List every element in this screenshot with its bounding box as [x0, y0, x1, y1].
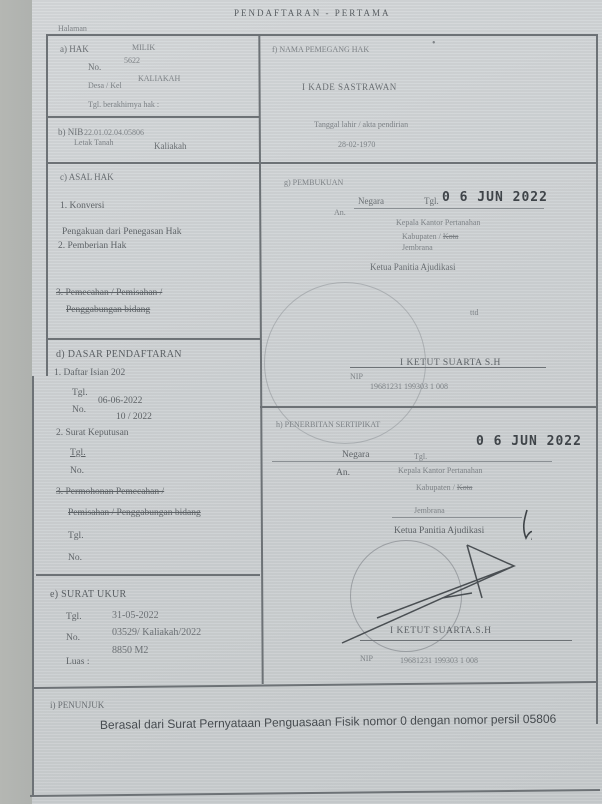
asal-item-konversi: 1. Konversi	[60, 201, 104, 211]
penerbitan-date-underline	[272, 461, 552, 462]
permohonan-no-label: No.	[68, 553, 82, 563]
office2-struck: Kota	[443, 232, 459, 241]
penerbitan-signer-name: I KETUT SUARTA.S.H	[390, 626, 491, 636]
surat-ukur-label: e) SURAT UKUR	[50, 589, 127, 600]
penerbitan-label: h) PENERBITAN SERTIPIKAT	[276, 420, 380, 429]
daftar-tgl-value: 06-06-2022	[98, 396, 142, 406]
frame-center-divider	[258, 34, 263, 684]
date-underline	[354, 208, 544, 209]
pembukuan-place: Negara	[358, 196, 384, 206]
penerbitan-nip-value: 19681231 199303 1 008	[400, 656, 478, 665]
frame-top	[46, 34, 596, 36]
hak-no-value: 5622	[124, 56, 140, 65]
mark: •	[432, 38, 436, 49]
birth-label: Tanggal lahir / akta pendirian	[314, 120, 408, 129]
daftar-isian: 1. Daftar Isian 202	[54, 368, 125, 378]
daftar-tgl-label: Tgl.	[72, 388, 88, 398]
pembukuan-ttd: ttd	[470, 308, 478, 317]
office2-prefix: Kabupaten /	[402, 232, 443, 241]
hak-label: a) HAK	[60, 44, 89, 54]
penerbitan-nip-label: NIP	[360, 654, 373, 663]
penerbitan-an: An.	[336, 468, 350, 478]
page-label: Halaman	[58, 24, 87, 33]
background-surface	[0, 0, 34, 804]
pembukuan-office1: Kepala Kantor Pertanahan	[396, 218, 480, 227]
su-no-value: 03529/ Kaliakah/2022	[112, 627, 201, 638]
pembukuan-role: Ketua Panitia Ajudikasi	[370, 262, 456, 272]
frame-bottom	[30, 789, 600, 796]
daftar-no-label: No.	[72, 405, 86, 415]
asal-item-penggabungan: Penggabungan bidang	[66, 305, 150, 315]
pemisahan-penggabungan: Pemisahan / Penggabungan bidang	[68, 508, 201, 518]
desa-label: Desa / Kel	[88, 81, 122, 90]
su-tgl-value: 31-05-2022	[112, 610, 159, 621]
su-tgl-label: Tgl.	[66, 612, 82, 622]
frame-right	[596, 34, 598, 724]
divider-ab	[46, 116, 260, 118]
asal-hak-label: c) ASAL HAK	[60, 172, 114, 182]
penerbitan-tgl-label: Tgl.	[414, 452, 427, 461]
land-certificate-page: PENDAFTARAN - PERTAMA Halaman a) HAK MIL…	[32, 0, 602, 804]
pembukuan-date-stamp: 0 6 JUN 2022	[442, 190, 548, 205]
pembukuan-tgl-label: Tgl.	[424, 196, 439, 206]
dasar-label: d) DASAR PENDAFTARAN	[56, 349, 182, 360]
expiry-label: Tgl. berakhirnya hak :	[88, 100, 159, 109]
divider-cd	[46, 338, 260, 340]
divider-bc	[46, 162, 596, 164]
sk-tgl-label: Tgl.	[70, 448, 86, 458]
su-luas-label: Luas :	[66, 657, 89, 667]
asal-item-pengakuan: Pengakuan dari Penegasan Hak	[62, 227, 182, 237]
divider-de	[36, 574, 260, 576]
divider-ei	[34, 681, 596, 688]
penunjuk-label: i) PENUNJUK	[50, 700, 104, 710]
penerbitan-date-stamp: 0 6 JUN 2022	[476, 434, 582, 449]
h-office2-prefix: Kabupaten /	[416, 483, 457, 492]
nib-value: 22.01.02.04.05806	[84, 128, 144, 137]
penunjuk-text: Berasal dari Surat Pernyataan Penguasaan…	[100, 712, 556, 732]
birth-label-text: Tanggal lahir / akta pendirian	[314, 120, 408, 129]
holder-name: I KADE SASTRAWAN	[302, 82, 397, 92]
permohonan-tgl-label: Tgl.	[68, 531, 84, 541]
asal-item-pemberian: 2. Pemberian Hak	[58, 241, 126, 251]
pembukuan-label: g) PEMBUKUAN	[284, 178, 343, 187]
hak-value: MILIK	[132, 43, 155, 52]
letak-label: Letak Tanah	[74, 138, 114, 147]
asal-item-pemecahan: 3. Pemecahan / Pemisahan /	[56, 288, 162, 298]
pembukuan-office3: Jembrana	[402, 243, 433, 252]
frame-left	[46, 34, 48, 376]
penerbitan-place: Negara	[342, 450, 369, 460]
document-title: PENDAFTARAN - PERTAMA	[234, 8, 391, 18]
surat-keputusan: 2. Surat Keputusan	[56, 428, 129, 438]
h-office2-struck: Kota	[457, 483, 473, 492]
daftar-no-value: 10 / 2022	[116, 412, 152, 422]
letak-value: Kaliakah	[154, 141, 186, 151]
penerbitan-office2: Kabupaten / Kota	[416, 483, 472, 492]
su-luas-value: 8850 M2	[112, 645, 148, 656]
nib-label: b) NIB	[58, 127, 83, 137]
permohonan-pemecahan: 3. Permohonan Pemecahan /	[56, 487, 164, 497]
holder-label: f) NAMA PEMEGANG HAK	[272, 45, 369, 54]
hak-no-label: No.	[88, 62, 101, 72]
signer-underline-h	[360, 640, 572, 641]
su-no-label: No.	[66, 633, 80, 643]
frame-left-lower	[32, 376, 34, 796]
desa-value: KALIAKAH	[138, 74, 180, 83]
penerbitan-office1: Kepala Kantor Pertanahan	[398, 466, 482, 475]
pembukuan-an: An.	[334, 208, 346, 217]
pembukuan-office2: Kabupaten / Kota	[402, 232, 458, 241]
birth-value: 28-02-1970	[338, 140, 375, 149]
sk-no-label: No.	[70, 466, 84, 476]
